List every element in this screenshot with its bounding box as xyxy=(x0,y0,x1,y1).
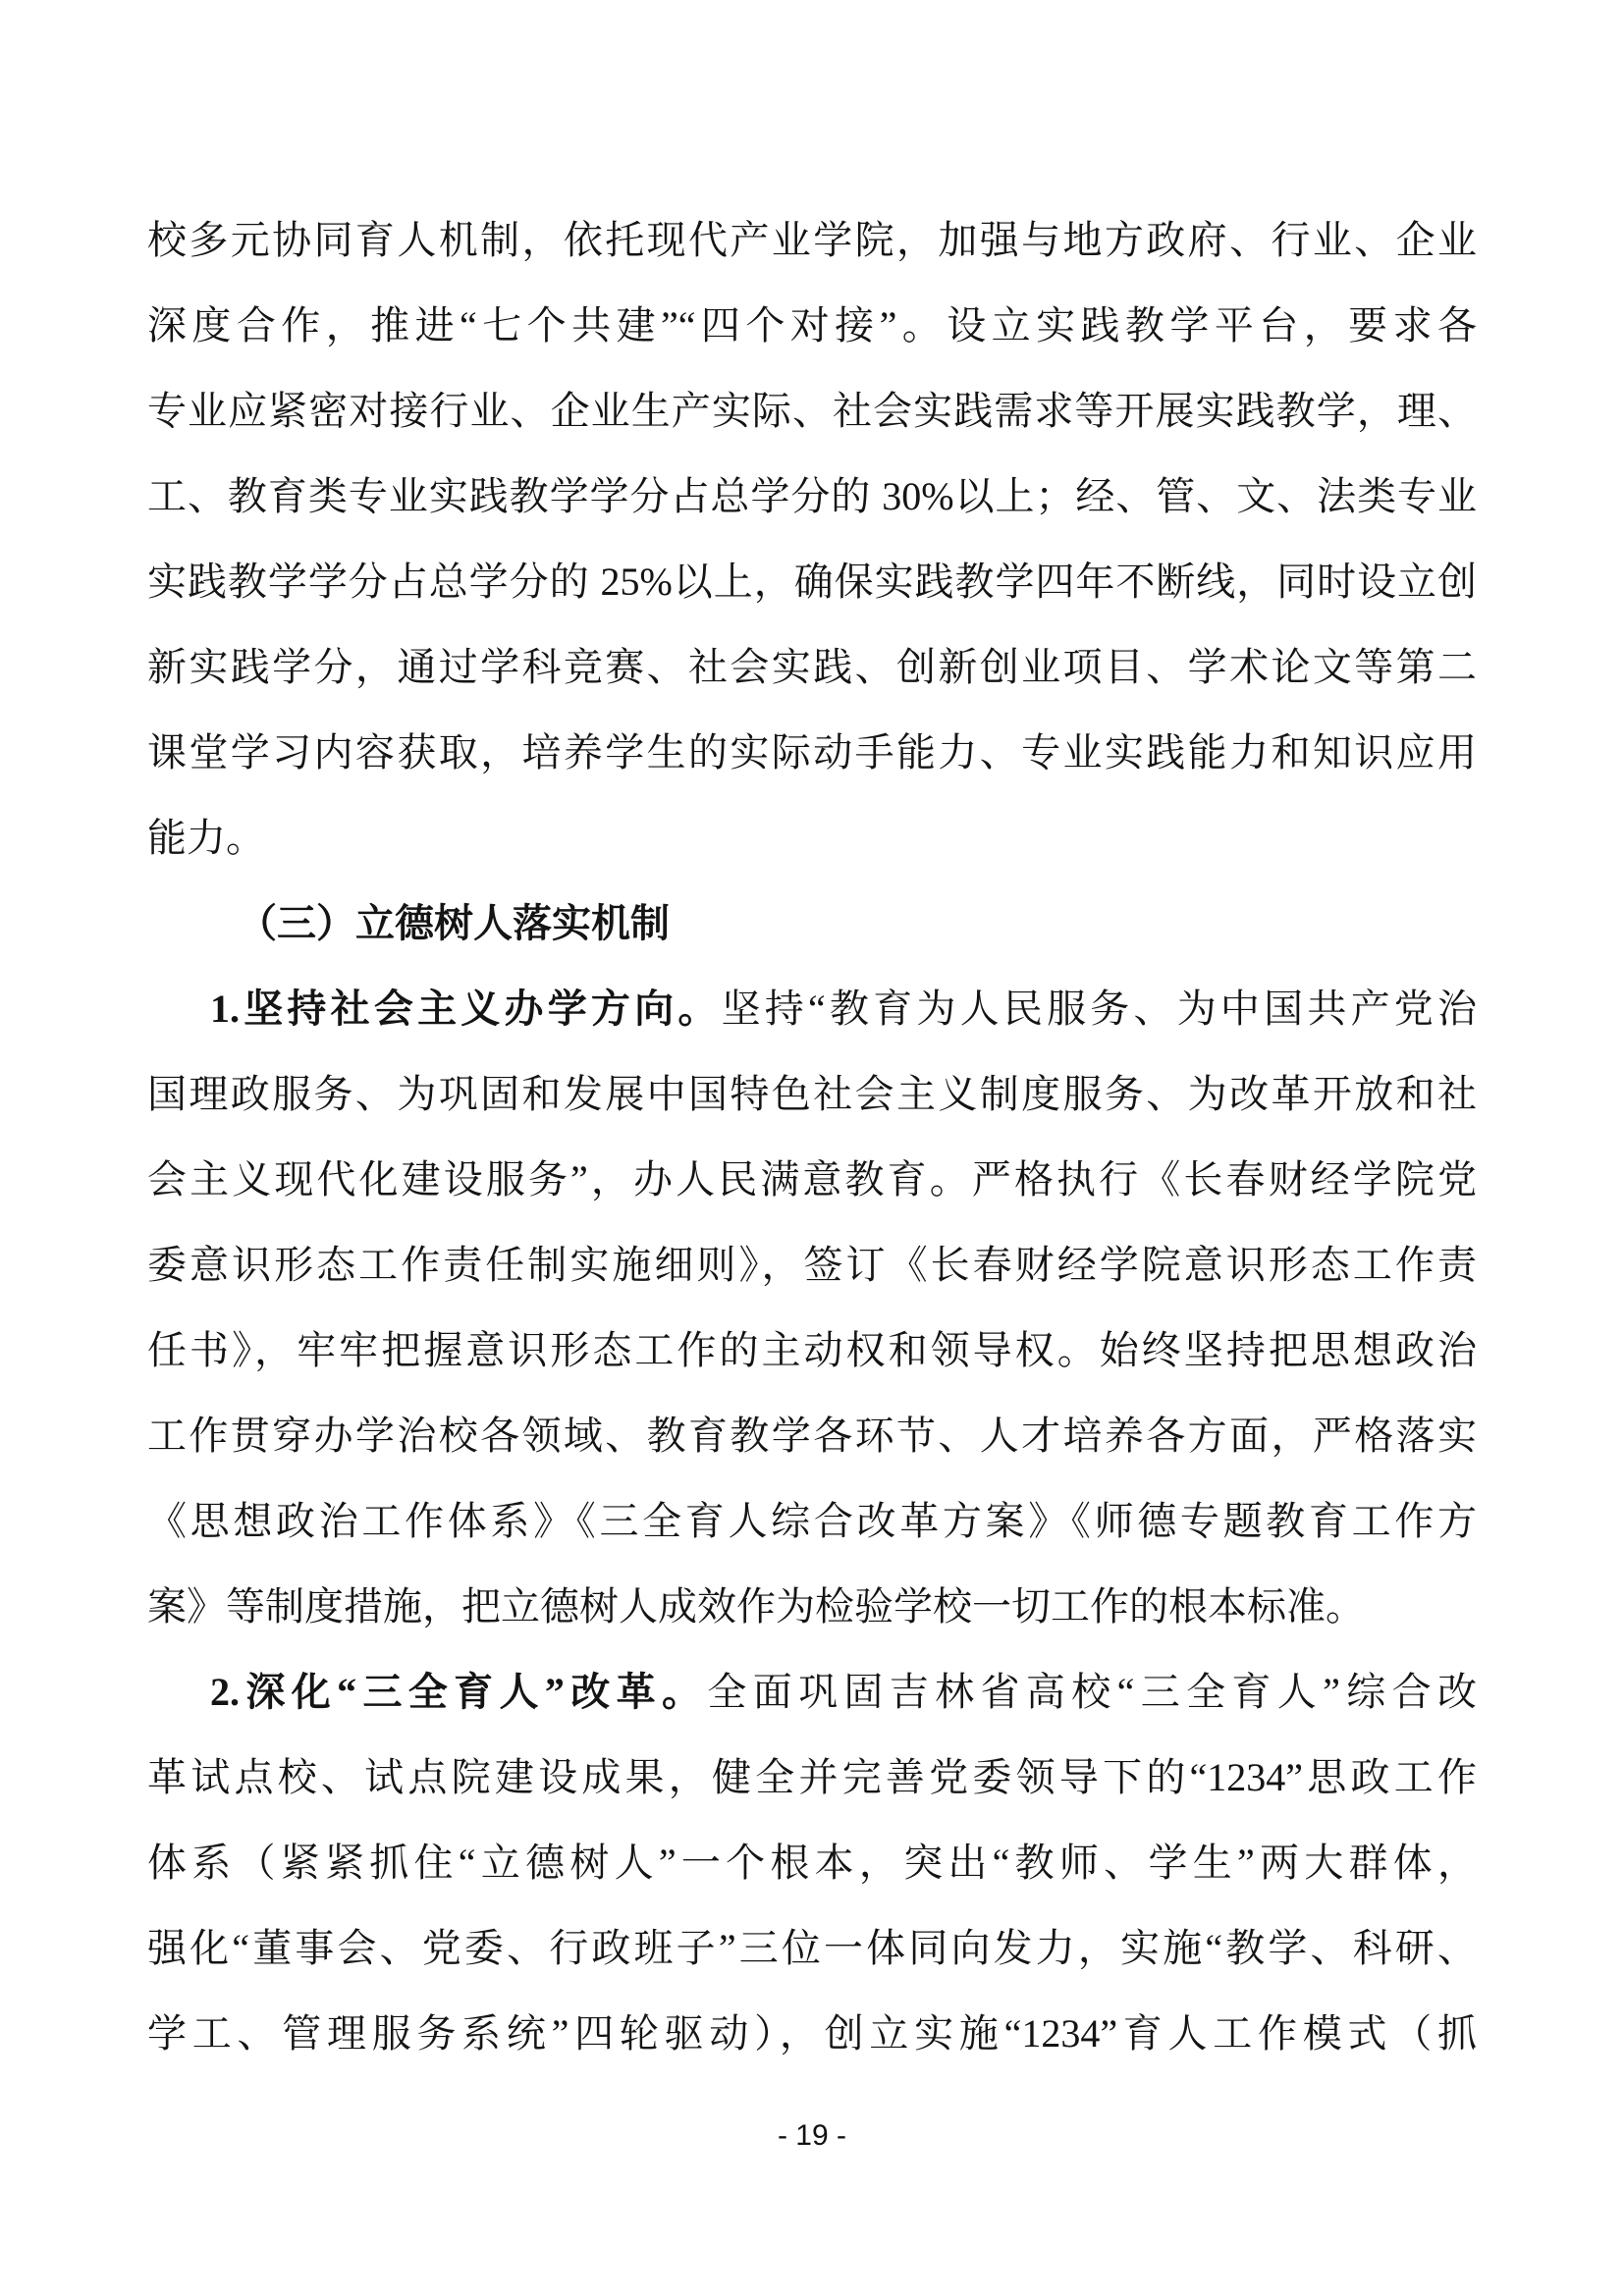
paragraph-line: 新实践学分，通过学科竞赛、社会实践、创新创业项目、学术论文等第二 xyxy=(147,624,1477,710)
paragraph-line: 1.坚持社会主义办学方向。坚持“教育为人民服务、为中国共产党治 xyxy=(147,966,1477,1051)
paragraph-line: 任书》，牢牢把握意识形态工作的主动权和领导权。始终坚持把思想政治 xyxy=(147,1308,1477,1393)
sentence-leadin: 2.深化“三全育人”改革。 xyxy=(210,1670,707,1714)
paragraph-line: 课堂学习内容获取，培养学生的实际动手能力、专业实践能力和知识应用 xyxy=(147,710,1477,795)
paragraph-line: 强化“董事会、党委、行政班子”三位一体同向发力，实施“教学、科研、 xyxy=(147,1905,1477,1991)
paragraph-line: 实践教学学分占总学分的 25%以上，确保实践教学四年不断线，同时设立创 xyxy=(147,539,1477,624)
section-heading: （三）立德树人落实机制 xyxy=(147,881,1477,966)
paragraph-line: 工、教育类专业实践教学学分占总学分的 30%以上；经、管、文、法类专业 xyxy=(147,454,1477,539)
paragraph-line: 体系（紧紧抓住“立德树人”一个根本，突出“教师、学生”两大群体， xyxy=(147,1820,1477,1905)
paragraph-line: 2.深化“三全育人”改革。全面巩固吉林省高校“三全育人”综合改 xyxy=(147,1649,1477,1735)
sentence-leadin: 1.坚持社会主义办学方向。 xyxy=(210,987,722,1031)
paragraph-text: 坚持“教育为人民服务、为中国共产党治 xyxy=(722,987,1477,1031)
paragraph-line: 会主义现代化建设服务”，办人民满意教育。严格执行《长春财经学院党 xyxy=(147,1137,1477,1222)
paragraph-line: 国理政服务、为巩固和发展中国特色社会主义制度服务、为改革开放和社 xyxy=(147,1051,1477,1137)
paragraph-text: 全面巩固吉林省高校“三全育人”综合改 xyxy=(707,1670,1477,1714)
page-number: - 19 - xyxy=(0,2118,1624,2154)
paragraph-line: 校多元协同育人机制，依托现代产业学院，加强与地方政府、行业、企业 xyxy=(147,197,1477,283)
paragraph-line: 工作贯穿办学治校各领域、教育教学各环节、人才培养各方面，严格落实 xyxy=(147,1393,1477,1478)
paragraph-line: 深度合作，推进“七个共建”“四个对接”。设立实践教学平台，要求各 xyxy=(147,283,1477,368)
paragraph-line: 委意识形态工作责任制实施细则》，签订《长春财经学院意识形态工作责 xyxy=(147,1222,1477,1308)
paragraph-line: 学工、管理服务系统”四轮驱动），创立实施“1234”育人工作模式（抓 xyxy=(147,1991,1477,2076)
paragraph-line: 《思想政治工作体系》《三全育人综合改革方案》《师德专题教育工作方 xyxy=(147,1478,1477,1564)
paragraph-line: 专业应紧密对接行业、企业生产实际、社会实践需求等开展实践教学，理、 xyxy=(147,368,1477,454)
paragraph-line: 革试点校、试点院建设成果，健全并完善党委领导下的“1234”思政工作 xyxy=(147,1735,1477,1820)
paragraph-line: 能力。 xyxy=(147,795,1477,881)
document-page: 校多元协同育人机制，依托现代产业学院，加强与地方政府、行业、企业 深度合作，推进… xyxy=(147,197,1477,2076)
paragraph-line: 案》等制度措施，把立德树人成效作为检验学校一切工作的根本标准。 xyxy=(147,1564,1477,1649)
